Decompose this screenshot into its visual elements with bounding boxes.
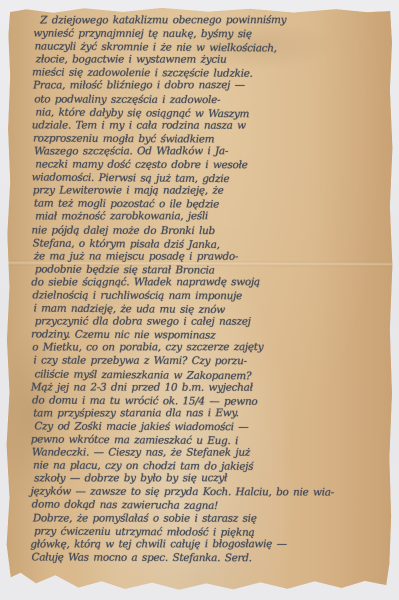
letter-body: Z dziejowego kataklizmu obecnego powinni… — [32, 14, 390, 565]
handwriting-line: szkoły — dobrze by było by się uczył — [34, 472, 390, 486]
handwriting-line: wynieść przynajmniej tę naukę, byśmy się — [33, 28, 389, 42]
handwriting-line: Z dziejowego kataklizmu obecnego powinni… — [32, 14, 388, 28]
handwriting-line: tam przyśpieszy starania dla nas i Ewy. — [33, 407, 389, 421]
handwriting-line: i czy stale przebywa z Wami? Czy porzu- — [33, 355, 389, 369]
handwriting-line: Mąż jej na 2-3 dni przed 10 b.m. wyjecha… — [31, 381, 387, 394]
scanner-background: u P. jest b. nie tęgo — żal — piszcie cz… — [0, 0, 399, 600]
handwriting-line: że ma już na miejscu posadę i prawdo- — [34, 250, 390, 263]
handwriting-line: miał możność zarobkowania, jeśli — [35, 210, 391, 224]
handwriting-line: do siebie ściągnąć. Władek naprawdę swoj… — [31, 276, 387, 290]
handwriting-line: dzielnością i ruchliwością nam imponuje — [32, 289, 388, 303]
handwriting-line: udziale. Tem i my i cała rodzina nasza w — [32, 119, 388, 132]
handwriting-line: główkę, którą w tej chwili całuję i błog… — [30, 538, 386, 552]
handwriting-line: o Mietku, co on porabia, czy szczerze za… — [32, 341, 388, 355]
handwriting-line: neczki mamy dość często dobre i wesołe — [35, 158, 391, 172]
letter-paper: u P. jest b. nie tęgo — żal — piszcie cz… — [5, 6, 394, 592]
handwriting-line: złocie, bogactwie i wystawnem życiu — [36, 54, 392, 67]
handwriting-line: Całuję Was mocno a spec. Stefanka. Serd. — [31, 551, 387, 565]
handwriting-line: Wandeczki. — Cieszy nas, że Stefanek już — [32, 447, 388, 460]
handwriting-line: nie pójdą dalej może do Bronki lub — [31, 224, 387, 238]
handwriting-line: przyczynić dla dobra swego i całej nasze… — [35, 316, 391, 329]
handwriting-line: Waszego szczęścia. Od Władków i Ja- — [34, 145, 390, 159]
handwriting-line: przy Lewiterowie i mają nadzieję, że — [33, 185, 389, 198]
margin-note-vertical: u P. jest b. nie tęgo — żal — piszcie cz… — [0, 10, 8, 585]
handwriting-line: Dobrze, że pomyślałaś o sobie i starasz … — [33, 512, 389, 525]
handwriting-line: Praca, miłość bliźniego i dobro naszej — — [33, 79, 389, 93]
handwriting-line: Czy od Zośki macie jakieś wiadomości — — [34, 420, 390, 434]
handwriting-line: oto podwaliny szczęścia i zadowole- — [34, 93, 390, 107]
